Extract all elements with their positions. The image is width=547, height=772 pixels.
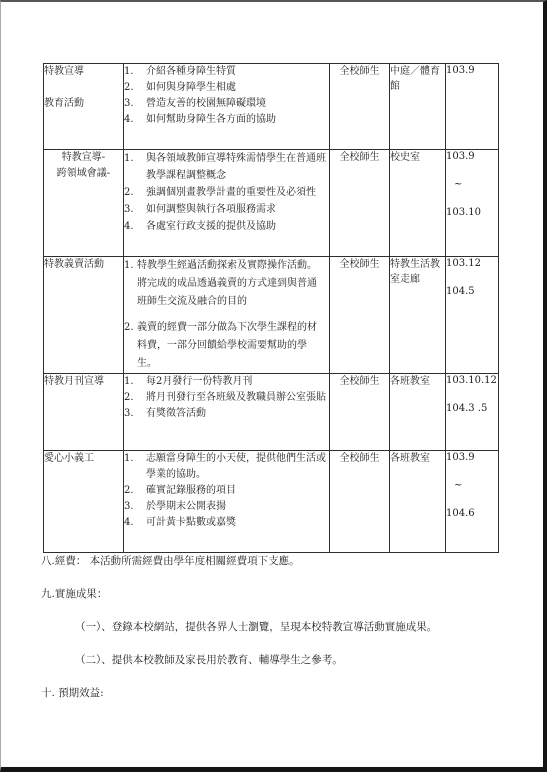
- dates-cell: 103.9: [446, 64, 499, 150]
- list-item-number: 1.: [124, 257, 137, 311]
- list-item-text: 每2月發行一份特教月刊: [146, 374, 329, 390]
- activity-items-cell: 1.介紹各種身障生特質2.如何與身障學生相處3.營造友善的校園無障礙環境4.如何…: [124, 64, 330, 150]
- results-item-2: （二）、提供本校教師及家長用於教育、輔導學生之參考。: [75, 653, 519, 668]
- list-item-number: 2.: [124, 184, 146, 201]
- list-item: 4.各處室行政支援的提供及協助: [124, 218, 329, 235]
- list-item-number: 3.: [124, 406, 146, 422]
- activity-name-line: 特教月刊宣導: [44, 374, 123, 390]
- audience-cell: 全校師生: [330, 257, 390, 374]
- table-row: 特教宣導教育活動1.介紹各種身障生特質2.如何與身障學生相處3.營造友善的校園無…: [44, 64, 499, 150]
- list-item: 3.有獎徵答活動: [124, 406, 329, 422]
- date-line: 103.9: [446, 64, 498, 78]
- list-item-number: 4.: [124, 218, 146, 235]
- activity-name-line: 教育活動: [44, 96, 123, 112]
- results-item-1: （一）、登錄本校網站，提供各界人士瀏覽，呈現本校特教宣導活動實施成果。: [75, 620, 519, 635]
- date-line: 104.6: [446, 507, 498, 521]
- list-item-number: 2.: [124, 319, 137, 373]
- list-item: 4.如何幫助身障生各方面的協助: [124, 112, 329, 128]
- list-item-number: 3.: [124, 201, 146, 218]
- list-item-text: 介紹各種身障生特質: [146, 64, 329, 80]
- list-item-text: 強調個別畫教學計畫的重要性及必須性: [146, 184, 329, 201]
- list-item-number: 2.: [124, 483, 146, 499]
- list-item-number: 1.: [124, 451, 146, 483]
- date-line: 103.12: [446, 257, 498, 271]
- activity-name-cell: 特教義賣活動: [44, 257, 124, 374]
- activity-name-line: 跨領域會議-: [46, 166, 121, 182]
- dates-cell: 103.9~104.6: [446, 451, 499, 553]
- activity-name-line: 特教宣導: [44, 64, 123, 80]
- list-item: 4.可計黃卡點數或嘉獎: [124, 515, 329, 531]
- dates-cell: 103.12104.5: [446, 257, 499, 374]
- list-item: 1.志願當身障生的小天使，提供他們生活或學業的協助。: [124, 451, 329, 483]
- list-item-text: 如何與身障學生相處: [146, 80, 329, 96]
- audience-cell: 全校師生: [330, 374, 390, 451]
- list-item: 1.特教學生經過活動探索及實際操作活動。將完成的成品透過義賣的方式達到與普通班師…: [124, 257, 329, 311]
- table-row: 特教月刊宣導1.每2月發行一份特教月刊2.將月刊發行至各班級及教職員辦公室張貼3…: [44, 374, 499, 451]
- date-line: 104.5: [446, 285, 498, 299]
- date-line: 103.10.12: [446, 374, 498, 388]
- list-item-text: 如何幫助身障生各方面的協助: [146, 112, 329, 128]
- location-cell: 校史室: [390, 150, 446, 257]
- list-item: 2.將月刊發行至各班級及教職員辦公室張貼: [124, 390, 329, 406]
- list-item-text: 可計黃卡點數或嘉獎: [146, 515, 329, 531]
- list-item-text: 如何調整與執行各項服務需求: [146, 201, 329, 218]
- list-item: 2.確實記錄服務的項目: [124, 483, 329, 499]
- list-item: 2.如何與身障學生相處: [124, 80, 329, 96]
- notes-section: 八.經費： 本活動所需經費由學年度相關經費項下支應。 九.實施成果： （一）、登…: [41, 554, 519, 719]
- list-item: 3.於學期末公開表揚: [124, 499, 329, 515]
- list-item-number: 2.: [124, 390, 146, 406]
- location-cell: 中庭／體育館: [390, 64, 446, 150]
- list-item-text: 確實記錄服務的項目: [146, 483, 329, 499]
- audience-cell: 全校師生: [330, 150, 390, 257]
- dates-cell: 103.9~103.10: [446, 150, 499, 257]
- table-row: 愛心小義工1.志願當身障生的小天使，提供他們生活或學業的協助。2.確實記錄服務的…: [44, 451, 499, 553]
- list-item: 2.義賣的經費一部分做為下次學生課程的材料費，一部分回饋給學校需要幫助的學生。: [124, 319, 329, 373]
- list-item-text: 將月刊發行至各班級及教職員辦公室張貼: [146, 390, 329, 406]
- date-line: ~: [446, 178, 498, 192]
- activity-items-cell: 1.與各領域教師宣導特殊需情學生在普通班教學課程調整概念2.強調個別畫教學計畫的…: [124, 150, 330, 257]
- activity-name-line: 特教義賣活動: [44, 257, 123, 273]
- list-item-number: 1.: [124, 150, 146, 184]
- audience-cell: 全校師生: [330, 451, 390, 553]
- activities-table-body: 特教宣導教育活動1.介紹各種身障生特質2.如何與身障學生相處3.營造友善的校園無…: [44, 64, 499, 553]
- list-item-text: 義賣的經費一部分做為下次學生課程的材料費，一部分回饋給學校需要幫助的學生。: [137, 319, 329, 373]
- activity-name-line: 愛心小義工: [44, 451, 123, 467]
- list-item-text: 營造友善的校園無障礙環境: [146, 96, 329, 112]
- activity-name-cell: 特教月刊宣導: [44, 374, 124, 451]
- table-row: 特教義賣活動1.特教學生經過活動探索及實際操作活動。將完成的成品透過義賣的方式達…: [44, 257, 499, 374]
- list-item-text: 於學期末公開表揚: [146, 499, 329, 515]
- dates-cell: 103.10.12104.3 .5: [446, 374, 499, 451]
- location-cell: 各班教室: [390, 451, 446, 553]
- list-item: 3.如何調整與執行各項服務需求: [124, 201, 329, 218]
- list-item-number: 4.: [124, 515, 146, 531]
- results-heading: 九.實施成果：: [41, 587, 519, 602]
- list-item-text: 與各領域教師宣導特殊需情學生在普通班教學課程調整概念: [146, 150, 329, 184]
- list-item: 3.營造友善的校園無障礙環境: [124, 96, 329, 112]
- location-cell: 特教生活教室走廊: [390, 257, 446, 374]
- date-line: 103.9: [446, 150, 498, 164]
- activity-items-cell: 1.每2月發行一份特教月刊2.將月刊發行至各班級及教職員辦公室張貼3.有獎徵答活…: [124, 374, 330, 451]
- date-line: 104.3 .5: [446, 402, 498, 416]
- activity-name-cell: 特教宣導教育活動: [44, 64, 124, 150]
- date-line: ~: [446, 479, 498, 493]
- activities-table: 特教宣導教育活動1.介紹各種身障生特質2.如何與身障學生相處3.營造友善的校園無…: [43, 63, 499, 553]
- list-item: 2.強調個別畫教學計畫的重要性及必須性: [124, 184, 329, 201]
- audience-cell: 全校師生: [330, 64, 390, 150]
- expected-benefits-heading: 十. 預期效益:: [41, 686, 519, 701]
- activity-items-cell: 1.志願當身障生的小天使，提供他們生活或學業的協助。2.確實記錄服務的項目3.於…: [124, 451, 330, 553]
- date-line: 103.9: [446, 451, 498, 465]
- budget-note: 八.經費： 本活動所需經費由學年度相關經費項下支應。: [41, 554, 519, 569]
- location-cell: 各班教室: [390, 374, 446, 451]
- list-item-number: 4.: [124, 112, 146, 128]
- activity-name-cell: 特教宣導-跨領域會議-: [44, 150, 124, 257]
- list-item-number: 2.: [124, 80, 146, 96]
- activity-name-cell: 愛心小義工: [44, 451, 124, 553]
- list-item: 1.與各領域教師宣導特殊需情學生在普通班教學課程調整概念: [124, 150, 329, 184]
- activity-name-line: 特教宣導-: [46, 150, 121, 166]
- list-item-number: 1.: [124, 374, 146, 390]
- list-item-number: 3.: [124, 499, 146, 515]
- list-item: 1.每2月發行一份特教月刊: [124, 374, 329, 390]
- page: { "colors": { "text": "#1c1c1c", "table_…: [0, 0, 547, 772]
- list-item: 1.介紹各種身障生特質: [124, 64, 329, 80]
- list-item-text: 志願當身障生的小天使，提供他們生活或學業的協助。: [146, 451, 329, 483]
- date-line: 103.10: [446, 206, 498, 220]
- list-item-number: 3.: [124, 96, 146, 112]
- list-item-text: 有獎徵答活動: [146, 406, 329, 422]
- list-item-number: 1.: [124, 64, 146, 80]
- table-row: 特教宣導-跨領域會議-1.與各領域教師宣導特殊需情學生在普通班教學課程調整概念2…: [44, 150, 499, 257]
- activity-name-line: [44, 80, 123, 96]
- activity-items-cell: 1.特教學生經過活動探索及實際操作活動。將完成的成品透過義賣的方式達到與普通班師…: [124, 257, 330, 374]
- list-item-text: 特教學生經過活動探索及實際操作活動。將完成的成品透過義賣的方式達到與普通班師生交…: [137, 257, 329, 311]
- list-item-text: 各處室行政支援的提供及協助: [146, 218, 329, 235]
